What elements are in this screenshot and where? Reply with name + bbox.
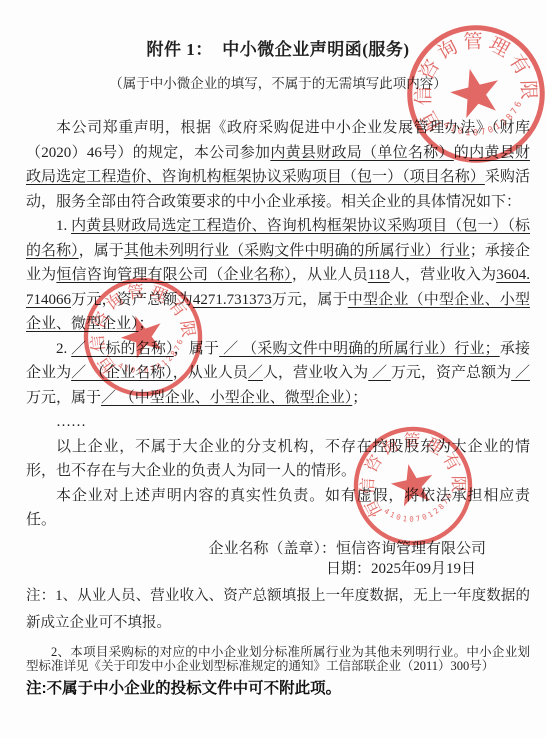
text-segment: 万元，资产总额为	[71, 292, 193, 308]
document-subtitle: （属于中小微企业的填写，不属于的无需填写此项内容）	[26, 76, 530, 92]
filled-blank-text: 其他未列明行业（采购文件中明确的所属行业）行业	[124, 243, 470, 259]
enterprise-item-1: 1. 内黄县财政局选定工程造价、咨询机构框架协议采购项目（包一）（标的名称），属…	[26, 214, 530, 337]
note-1: 注：1、从业人员、营业收入、资产总额填报上一年度数据，无上一年度数据的新成立企业…	[26, 583, 530, 637]
ellipsis-line: ……	[26, 410, 530, 435]
declaration-body: 本公司郑重声明，根据《政府采购促进中小企业发展管理办法》（财库（2020）46号…	[26, 116, 530, 533]
text-segment: ，从业人员	[173, 365, 248, 381]
filled-blank-text: 4271.731373	[193, 292, 272, 308]
text-segment: 的	[454, 145, 469, 161]
filled-blank-text: ／	[511, 365, 530, 381]
text-segment: 人，营业收入为	[390, 267, 496, 283]
text-segment: 本企业对上述声明内容的真实性负责。如有虚假，将依法承担相应责任。	[26, 488, 530, 529]
text-segment: ；	[139, 316, 154, 332]
signature-block: 企业名称（盖章）：恒信咨询管理有限公司 日期：2025年09月19日	[26, 539, 530, 579]
document-content: 附件 1： 中小微企业声明函(服务) （属于中小微企业的填写，不属于的无需填写此…	[0, 0, 546, 673]
filled-blank-text: ／ （中型企业、小型企业、微型企业）	[101, 390, 352, 406]
filled-blank-text: 118	[368, 267, 390, 283]
text-segment: 1.	[56, 218, 71, 234]
text-segment: 万元，资产总额为	[391, 365, 511, 381]
text-segment: 2.	[56, 341, 71, 357]
document-title: 附件 1： 中小微企业声明函(服务)	[26, 40, 530, 60]
truthfulness-statement: 本企业对上述声明内容的真实性负责。如有虚假，将依法承担相应责任。	[26, 484, 530, 533]
text-segment: 以上企业，不属于大企业的分支机构，不存在控股股东为大企业的情形，也不存在与大企业…	[26, 439, 530, 480]
text-segment: 人，营业收入为	[263, 365, 368, 381]
no-branch-statement: 以上企业，不属于大企业的分支机构，不存在控股股东为大企业的情形，也不存在与大企业…	[26, 435, 530, 484]
signature-date-line: 日期：2025年09月19日	[26, 559, 530, 579]
text-segment: 万元，属于	[26, 390, 101, 406]
text-segment: ……	[56, 414, 86, 430]
filled-blank-text: ／	[368, 365, 391, 381]
text-segment: ，属于	[79, 243, 124, 259]
company-name-seal-line: 企业名称（盖章）：恒信咨询管理有限公司	[26, 539, 530, 559]
filled-blank-text: ／ （采购文件中明确的所属行业）行业；	[219, 341, 500, 357]
filled-blank-text: ／ （标的名称）	[71, 341, 174, 357]
bottom-bold-note: 注:不属于中小企业的投标文件中可不附此项。	[26, 676, 341, 698]
filled-blank-text: ／ （企业名称）	[71, 365, 173, 381]
note-2: 2、本项目采购标的对应的中小企业划分标准所属行业为其他未列明行业。中小企业划型标…	[26, 645, 530, 673]
declaration-intro: 本公司郑重声明，根据《政府采购促进中小企业发展管理办法》（财库（2020）46号…	[26, 116, 530, 214]
declaration-document-page: 附件 1： 中小微企业声明函(服务) （属于中小微企业的填写，不属于的无需填写此…	[0, 0, 546, 738]
enterprise-item-2: 2. ／ （标的名称），属于 ／ （采购文件中明确的所属行业）行业；承接企业为／…	[26, 337, 530, 411]
text-segment: 万元，属于	[272, 292, 348, 308]
text-segment: ，属于	[174, 341, 219, 357]
text-segment: ，从业人员	[292, 267, 368, 283]
filled-blank-text: ／	[248, 365, 263, 381]
text-segment: ；	[352, 390, 367, 406]
filled-blank-text: 内黄县财政局（单位名称）	[270, 145, 453, 161]
filled-blank-text: 恒信咨询管理有限公司（企业名称）	[56, 267, 291, 283]
